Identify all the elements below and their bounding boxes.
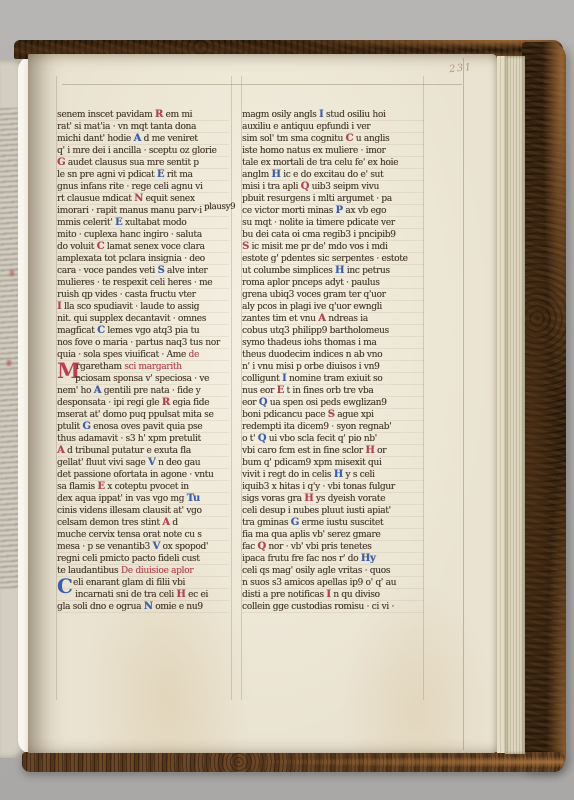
text-segment: ndreas ia	[326, 314, 368, 324]
text-segment: bu dei cata oi cma regib3 i pncipib9	[242, 230, 396, 240]
text-line: Celi enarant glam di filii vbi	[57, 577, 229, 589]
text-segment: iste homo natus ex muliere · imor	[242, 146, 386, 156]
colored-initial: H	[335, 265, 344, 276]
rubric-text: de	[189, 350, 200, 360]
text-segment: theus duodecim indices n ab vno	[242, 350, 382, 360]
text-line: su mqt · nolite ia timere pdicate ver	[242, 217, 424, 229]
text-column-right: magm osily angls I stud osiliu hoiauxili…	[242, 109, 424, 613]
colored-initial: E	[277, 385, 284, 396]
text-segment: ox spopod'	[160, 542, 208, 552]
colored-initial: G	[82, 421, 90, 432]
text-line: det passione ofortata in agone · vntu	[57, 469, 229, 481]
text-segment: y s celi	[343, 470, 375, 480]
text-line: aly pcos in plagi ive q'uor ewngli	[242, 301, 424, 313]
text-line: iste homo natus ex muliere · imor	[242, 145, 424, 157]
text-line: A d tribunal putatur e exuta fla	[57, 445, 229, 457]
text-segment: colligunt	[242, 374, 282, 384]
text-segment: symo thadeus iohs thomas i ma	[242, 338, 376, 348]
text-line: G audet clausus sua mre sentit p	[57, 157, 229, 169]
colored-initial: E	[97, 481, 104, 492]
text-segment: ague xpi	[335, 410, 374, 420]
text-segment: collein gge custodias romisu · ci vi ·	[242, 602, 394, 612]
text-line: bu dei cata oi cma regib3 i pncipib9	[242, 229, 424, 241]
text-segment: uib3 seipm vivu	[309, 182, 379, 192]
text-line: estote g' pdentes sic serpentes · estote	[242, 253, 424, 265]
text-line: I lla sco spudiavit · laude to assig	[57, 301, 229, 313]
colored-initial: P	[336, 205, 343, 216]
text-segment: pciosam sponsa v' speciosa · ve	[75, 374, 209, 384]
colored-initial: S	[242, 241, 249, 252]
colored-initial: H	[334, 469, 343, 480]
text-segment: do voluit	[57, 242, 97, 252]
text-segment: alve inter	[164, 266, 207, 276]
text-line: fac Q nor · vb' vbi pris tenetes	[242, 541, 424, 553]
text-line: nem' ho A gentili pre nata · fide y	[57, 385, 229, 397]
colored-initial: N	[134, 193, 143, 204]
text-line: auxiliu e antiquu epfundi i ver	[242, 121, 424, 133]
text-segment: d	[170, 518, 178, 528]
colored-initial: Q	[301, 181, 309, 192]
text-segment: vivit i regt do in celis	[242, 470, 334, 480]
text-line: mito · cuplexa hanc ingiro · saluta	[57, 229, 229, 241]
text-segment: rt clausue mdicat	[57, 194, 134, 204]
text-line: rat' si mat'ia · vn mqt tanta dona	[57, 121, 229, 133]
text-segment: rgaretham	[76, 362, 124, 372]
text-line: boni pdicancu pace S ague xpi	[242, 409, 424, 421]
text-segment: n deo gau	[155, 458, 200, 468]
text-segment: thus adamavit · s3 h' xpm pretulit	[57, 434, 201, 444]
text-segment: gnus infans rite · rege celi agnu vi	[57, 182, 203, 192]
text-line: symo thadeus iohs thomas i ma	[242, 337, 424, 349]
text-segment: boni pdicancu pace	[242, 410, 328, 420]
text-segment: ic e do excitau do e' sut	[281, 170, 384, 180]
text-line: sim sol' tm sma cognitu C u anglis	[242, 133, 424, 145]
text-line: michi dant' hodie A d me veniret	[57, 133, 229, 145]
text-line: mesa · p se venantib3 V ox spopod'	[57, 541, 229, 553]
text-line: n suos s3 amicos apellas ip9 o' q' au	[242, 577, 424, 589]
text-segment: gentili pre nata · fide y	[101, 386, 200, 396]
large-initial: M	[57, 361, 76, 373]
text-line: cara · voce pandes veti S alve inter	[57, 265, 229, 277]
text-column-left: senem inscet pavidam R em mirat' si mat'…	[57, 109, 229, 613]
text-line: celi qs mag' osily agle vritas · quos	[242, 565, 424, 577]
text-line: nus eor E t in fines orb tre vba	[242, 385, 424, 397]
colored-initial: R	[162, 397, 170, 408]
text-segment: t in fines orb tre vba	[284, 386, 373, 396]
text-segment: ua spen osi peds ewglizan9	[267, 398, 386, 408]
text-line: ruish qp vides · casta fructu vter	[57, 289, 229, 301]
text-segment: le sn pre agni vi pdicat	[57, 170, 157, 180]
text-line: mulieres · te respexit celi heres · me	[57, 277, 229, 289]
text-segment: ipaca frutu fre fac nos r' do	[242, 554, 361, 564]
text-segment: cara · voce pandes veti	[57, 266, 157, 276]
text-line: magm osily angls I stud osiliu hoi	[242, 109, 424, 121]
colored-initial: Q	[259, 397, 267, 408]
text-segment: magm osily angls	[242, 110, 319, 120]
text-segment: lla sco spudiavit · laude to assig	[61, 302, 199, 312]
leather-cover-bottom-edge	[22, 752, 564, 772]
text-segment: mulieres · te respexit celi heres · me	[57, 278, 212, 288]
text-segment: ec ei	[186, 590, 209, 600]
text-segment: amplexata tot pclara insignia · deo	[57, 254, 205, 264]
text-segment: nit. qui supplex decantavit · omnes	[57, 314, 206, 324]
large-initial: C	[57, 577, 73, 589]
book-fore-edge	[505, 56, 525, 754]
text-segment: egia fide	[170, 398, 209, 408]
text-line: pbuit resurgens i mlti argumet · pa	[242, 193, 424, 205]
text-segment: or	[374, 446, 386, 456]
text-line: pciosam sponsa v' speciosa · ve	[57, 373, 229, 385]
text-line: ut columbe simplices H inc petrus	[242, 265, 424, 277]
text-line: ptulit G enosa oves pavit quia pse	[57, 421, 229, 433]
text-segment: disti a pre notificas	[242, 590, 326, 600]
text-segment: desponsata · ipi regi gle	[57, 398, 162, 408]
text-segment: celsam demon tres stint	[57, 518, 162, 528]
rubric-text: sci margarith	[124, 362, 181, 372]
text-segment: n' i vnu misi p orbe diuisos i vn9	[242, 362, 379, 372]
text-segment: n suos s3 amicos apellas ip9 o' q' au	[242, 578, 396, 588]
text-line: te laudantibus De diuisioe aplor	[57, 565, 229, 577]
text-line: n' i vnu misi p orbe diuisos i vn9	[242, 361, 424, 373]
text-segment: ui vbo scla fecit q' pio nb'	[266, 434, 377, 444]
text-line: celsam demon tres stint A d	[57, 517, 229, 529]
text-line: cobus utq3 philipp9 bartholomeus	[242, 325, 424, 337]
text-segment: dex aqua ippat' in vas vgo mg	[57, 494, 187, 504]
text-segment: grena ubiq3 voces gram ter q'uor	[242, 290, 386, 300]
text-line: colligunt I nomine tram exiuit so	[242, 373, 424, 385]
text-line: gnus infans rite · rege celi agnu vi	[57, 181, 229, 193]
text-line: redempti ita dicem9 · syon regnab'	[242, 421, 424, 433]
text-line: sa flamis E x coteptu pvocet in	[57, 481, 229, 493]
text-segment: anglm	[242, 170, 271, 180]
text-segment: det passione ofortata in agone · vntu	[57, 470, 214, 480]
text-line: sigs voras gra H ys dyeish vorate	[242, 493, 424, 505]
text-segment: ut columbe simplices	[242, 266, 335, 276]
text-line: theus duodecim indices n ab vno	[242, 349, 424, 361]
colored-initial: A	[162, 517, 169, 528]
text-segment: bum q' pdicam9 xpm misexit qui	[242, 458, 381, 468]
text-line: mmis celerit' E xultabat modo	[57, 217, 229, 229]
text-segment: nor · vb' vbi pris tenetes	[266, 542, 372, 552]
colored-initial: A	[318, 313, 325, 324]
text-segment: ax vb ego	[343, 206, 386, 216]
text-segment: lamat senex voce clara	[104, 242, 204, 252]
text-line: dex aqua ippat' in vas vgo mg Tu	[57, 493, 229, 505]
text-line: tra gminas G erme iustu suscitet	[242, 517, 424, 529]
text-segment: imorari · rapit manus manu parv·i	[57, 206, 202, 216]
text-line: thus adamavit · s3 h' xpm pretulit	[57, 433, 229, 445]
text-line: vbi caro fcm est in fine sclor H or	[242, 445, 424, 457]
text-line: regni celi pmicto pacto fideli cust	[57, 553, 229, 565]
text-segment: roma aplor pnceps adyt · paulus	[242, 278, 380, 288]
text-segment: mserat at' domo puq ppulsat mita se	[57, 410, 213, 420]
text-segment: erme iustu suscitet	[299, 518, 383, 528]
text-segment: nus eor	[242, 386, 277, 396]
text-segment: tale ex mortali de tra celu fe' ex hoie	[242, 158, 398, 168]
text-line: desponsata · ipi regi gle R egia fide	[57, 397, 229, 409]
text-line: q' i mre dei i ancilla · sceptu oz glori…	[57, 145, 229, 157]
text-segment: ptulit	[57, 422, 82, 432]
colored-initial: Hy	[361, 553, 376, 564]
text-segment: auxiliu e antiquu epfundi i ver	[242, 122, 370, 132]
text-segment: cinis videns illesam clausit at' vgo	[57, 506, 202, 516]
colored-initial: G	[57, 157, 65, 168]
text-segment: sim sol' tm sma cognitu	[242, 134, 346, 144]
text-segment: ic misit me pr de' mdo vos i mdi	[249, 242, 388, 252]
text-segment: inc petrus	[344, 266, 390, 276]
text-segment: xultabat modo	[122, 218, 186, 228]
text-segment: mmis celerit'	[57, 218, 115, 228]
text-line: eor Q ua spen osi peds ewglizan9	[242, 397, 424, 409]
text-segment: sa flamis	[57, 482, 97, 492]
text-line: muche cervix tensa orat note cu s	[57, 529, 229, 541]
text-line: ipaca frutu fre fac nos r' do Hy	[242, 553, 424, 565]
facing-page-red-fleck	[7, 360, 11, 366]
text-segment: equit senex	[143, 194, 195, 204]
text-segment: zantes tim et vnu	[242, 314, 318, 324]
text-segment: michi dant' hodie	[57, 134, 134, 144]
ruling-line-horizontal	[62, 84, 462, 85]
colored-initial: R	[155, 109, 163, 120]
text-segment: eor	[242, 398, 259, 408]
text-segment: su mqt · nolite ia timere pdicate ver	[242, 218, 395, 228]
colored-initial: C	[97, 325, 105, 336]
text-segment: regni celi pmicto pacto fideli cust	[57, 554, 200, 564]
text-segment: gellat' fluut vivi sage	[57, 458, 148, 468]
text-segment: eli enarant glam di filii vbi	[73, 578, 185, 588]
colored-initial: G	[291, 517, 299, 528]
text-line: misi i tra apli Q uib3 seipm vivu	[242, 181, 424, 193]
text-segment: gla soli dno e ogrua	[57, 602, 144, 612]
text-segment: stud osiliu hoi	[323, 110, 385, 120]
page-edge-line	[463, 58, 464, 750]
text-line: fia ma qua aplis vb' serez gmare	[242, 529, 424, 541]
text-segment: d tribunal putatur e exuta fla	[64, 446, 190, 456]
text-segment: fia ma qua aplis vb' serez gmare	[242, 530, 380, 540]
text-line: quia · sola spes viuificat · Ame de	[57, 349, 229, 361]
text-line: disti a pre notificas I n qu diviso	[242, 589, 424, 601]
text-segment: q' i mre dei i ancilla · sceptu oz glori…	[57, 146, 217, 156]
facing-page-red-fleck	[10, 270, 14, 276]
text-segment: mito · cuplexa hanc ingiro · saluta	[57, 230, 202, 240]
text-segment: u anglis	[353, 134, 389, 144]
ruling-line-gutter-left	[231, 76, 232, 700]
text-segment: ce victor morti minas	[242, 206, 336, 216]
text-segment: celi qs mag' osily agle vritas · quos	[242, 566, 390, 576]
text-segment: n qu diviso	[331, 590, 380, 600]
text-segment: vbi caro fcm est in fine sclor	[242, 446, 365, 456]
text-segment: sigs voras gra	[242, 494, 304, 504]
text-segment: d me veniret	[141, 134, 198, 144]
rubric-text: De diuisioe aplor	[121, 566, 193, 576]
text-segment: senem inscet pavidam	[57, 110, 155, 120]
text-segment: misi i tra apli	[242, 182, 301, 192]
marginal-gloss: plausy9	[204, 202, 235, 213]
colored-initial: H	[304, 493, 313, 504]
text-segment: omie e nu9	[153, 602, 203, 612]
text-line: nos fove o maria · partus naq3 tus nor	[57, 337, 229, 349]
text-segment: aly pcos in plagi ive q'uor ewngli	[242, 302, 382, 312]
text-line: gla soli dno e ogrua N omie e nu9	[57, 601, 229, 613]
text-segment: muche cervix tensa orat note cu s	[57, 530, 202, 540]
text-segment: magficat	[57, 326, 97, 336]
text-line: ce victor morti minas P ax vb ego	[242, 205, 424, 217]
colored-initial: Q	[257, 541, 265, 552]
text-segment: pbuit resurgens i mlti argumet · pa	[242, 194, 392, 204]
colored-initial: A	[134, 133, 141, 144]
text-line: roma aplor pnceps adyt · paulus	[242, 277, 424, 289]
text-line: Mrgaretham sci margarith	[57, 361, 229, 373]
text-segment: estote g' pdentes sic serpentes · estote	[242, 254, 408, 264]
colored-initial: V	[152, 541, 159, 552]
colored-initial: Q	[258, 433, 266, 444]
colored-initial: H	[271, 169, 280, 180]
text-line: grena ubiq3 voces gram ter q'uor	[242, 289, 424, 301]
text-line: mserat at' domo puq ppulsat mita se	[57, 409, 229, 421]
text-line: vivit i regt do in celis H y s celi	[242, 469, 424, 481]
text-segment: cobus utq3 philipp9 bartholomeus	[242, 326, 389, 336]
text-line: o t' Q ui vbo scla fecit q' pio nb'	[242, 433, 424, 445]
text-segment: nem' ho	[57, 386, 94, 396]
text-line: bum q' pdicam9 xpm misexit qui	[242, 457, 424, 469]
text-segment: o t'	[242, 434, 258, 444]
text-line: amplexata tot pclara insignia · deo	[57, 253, 229, 265]
text-line: cinis videns illesam clausit at' vgo	[57, 505, 229, 517]
text-line: S ic misit me pr de' mdo vos i mdi	[242, 241, 424, 253]
text-line: anglm H ic e do excitau do e' sut	[242, 169, 424, 181]
text-line: magficat C lemes vgo atq3 pia tu	[57, 325, 229, 337]
text-line: gellat' fluut vivi sage V n deo gau	[57, 457, 229, 469]
text-segment: x coteptu pvocet in	[105, 482, 189, 492]
colored-initial: N	[144, 601, 153, 612]
text-segment: lemes vgo atq3 pia tu	[105, 326, 200, 336]
text-line: celi desup i nubes pluut iusti apiat'	[242, 505, 424, 517]
colored-initial: H	[176, 589, 185, 600]
text-line: le sn pre agni vi pdicat E rit ma	[57, 169, 229, 181]
text-segment: incarnati sni de tra celi	[75, 590, 176, 600]
leather-cover-right-board	[522, 42, 566, 770]
text-segment: em mi	[163, 110, 192, 120]
text-line: senem inscet pavidam R em mi	[57, 109, 229, 121]
text-segment: iquib3 x hitas i q'y · vbi tonas fulgur	[242, 482, 395, 492]
text-line: nit. qui supplex decantavit · omnes	[57, 313, 229, 325]
text-line: do voluit C lamat senex voce clara	[57, 241, 229, 253]
text-line: incarnati sni de tra celi H ec ei	[57, 589, 229, 601]
text-segment: audet clausus sua mre sentit p	[65, 158, 198, 168]
text-line: collein gge custodias romisu · ci vi ·	[242, 601, 424, 613]
text-segment: rit ma	[164, 170, 192, 180]
text-segment: enosa oves pavit quia pse	[91, 422, 203, 432]
text-segment: redempti ita dicem9 · syon regnab'	[242, 422, 391, 432]
text-segment: ruish qp vides · casta fructu vter	[57, 290, 196, 300]
text-segment: mesa · p se venantib3	[57, 542, 152, 552]
colored-initial: S	[328, 409, 335, 420]
text-segment: fac	[242, 542, 257, 552]
text-segment: celi desup i nubes pluut iusti apiat'	[242, 506, 391, 516]
text-segment: tra gminas	[242, 518, 291, 528]
text-line: tale ex mortali de tra celu fe' ex hoie	[242, 157, 424, 169]
text-line: zantes tim et vnu A ndreas ia	[242, 313, 424, 325]
photo-backdrop: 231 senem inscet pavidam R em mirat' si …	[0, 0, 574, 800]
text-segment: ys dyeish vorate	[313, 494, 385, 504]
text-segment: rat' si mat'ia · vn mqt tanta dona	[57, 122, 196, 132]
text-line: iquib3 x hitas i q'y · vbi tonas fulgur	[242, 481, 424, 493]
text-segment: nos fove o maria · partus naq3 tus nor	[57, 338, 220, 348]
colored-initial: Tu	[187, 493, 200, 504]
text-segment: nomine tram exiuit so	[286, 374, 382, 384]
